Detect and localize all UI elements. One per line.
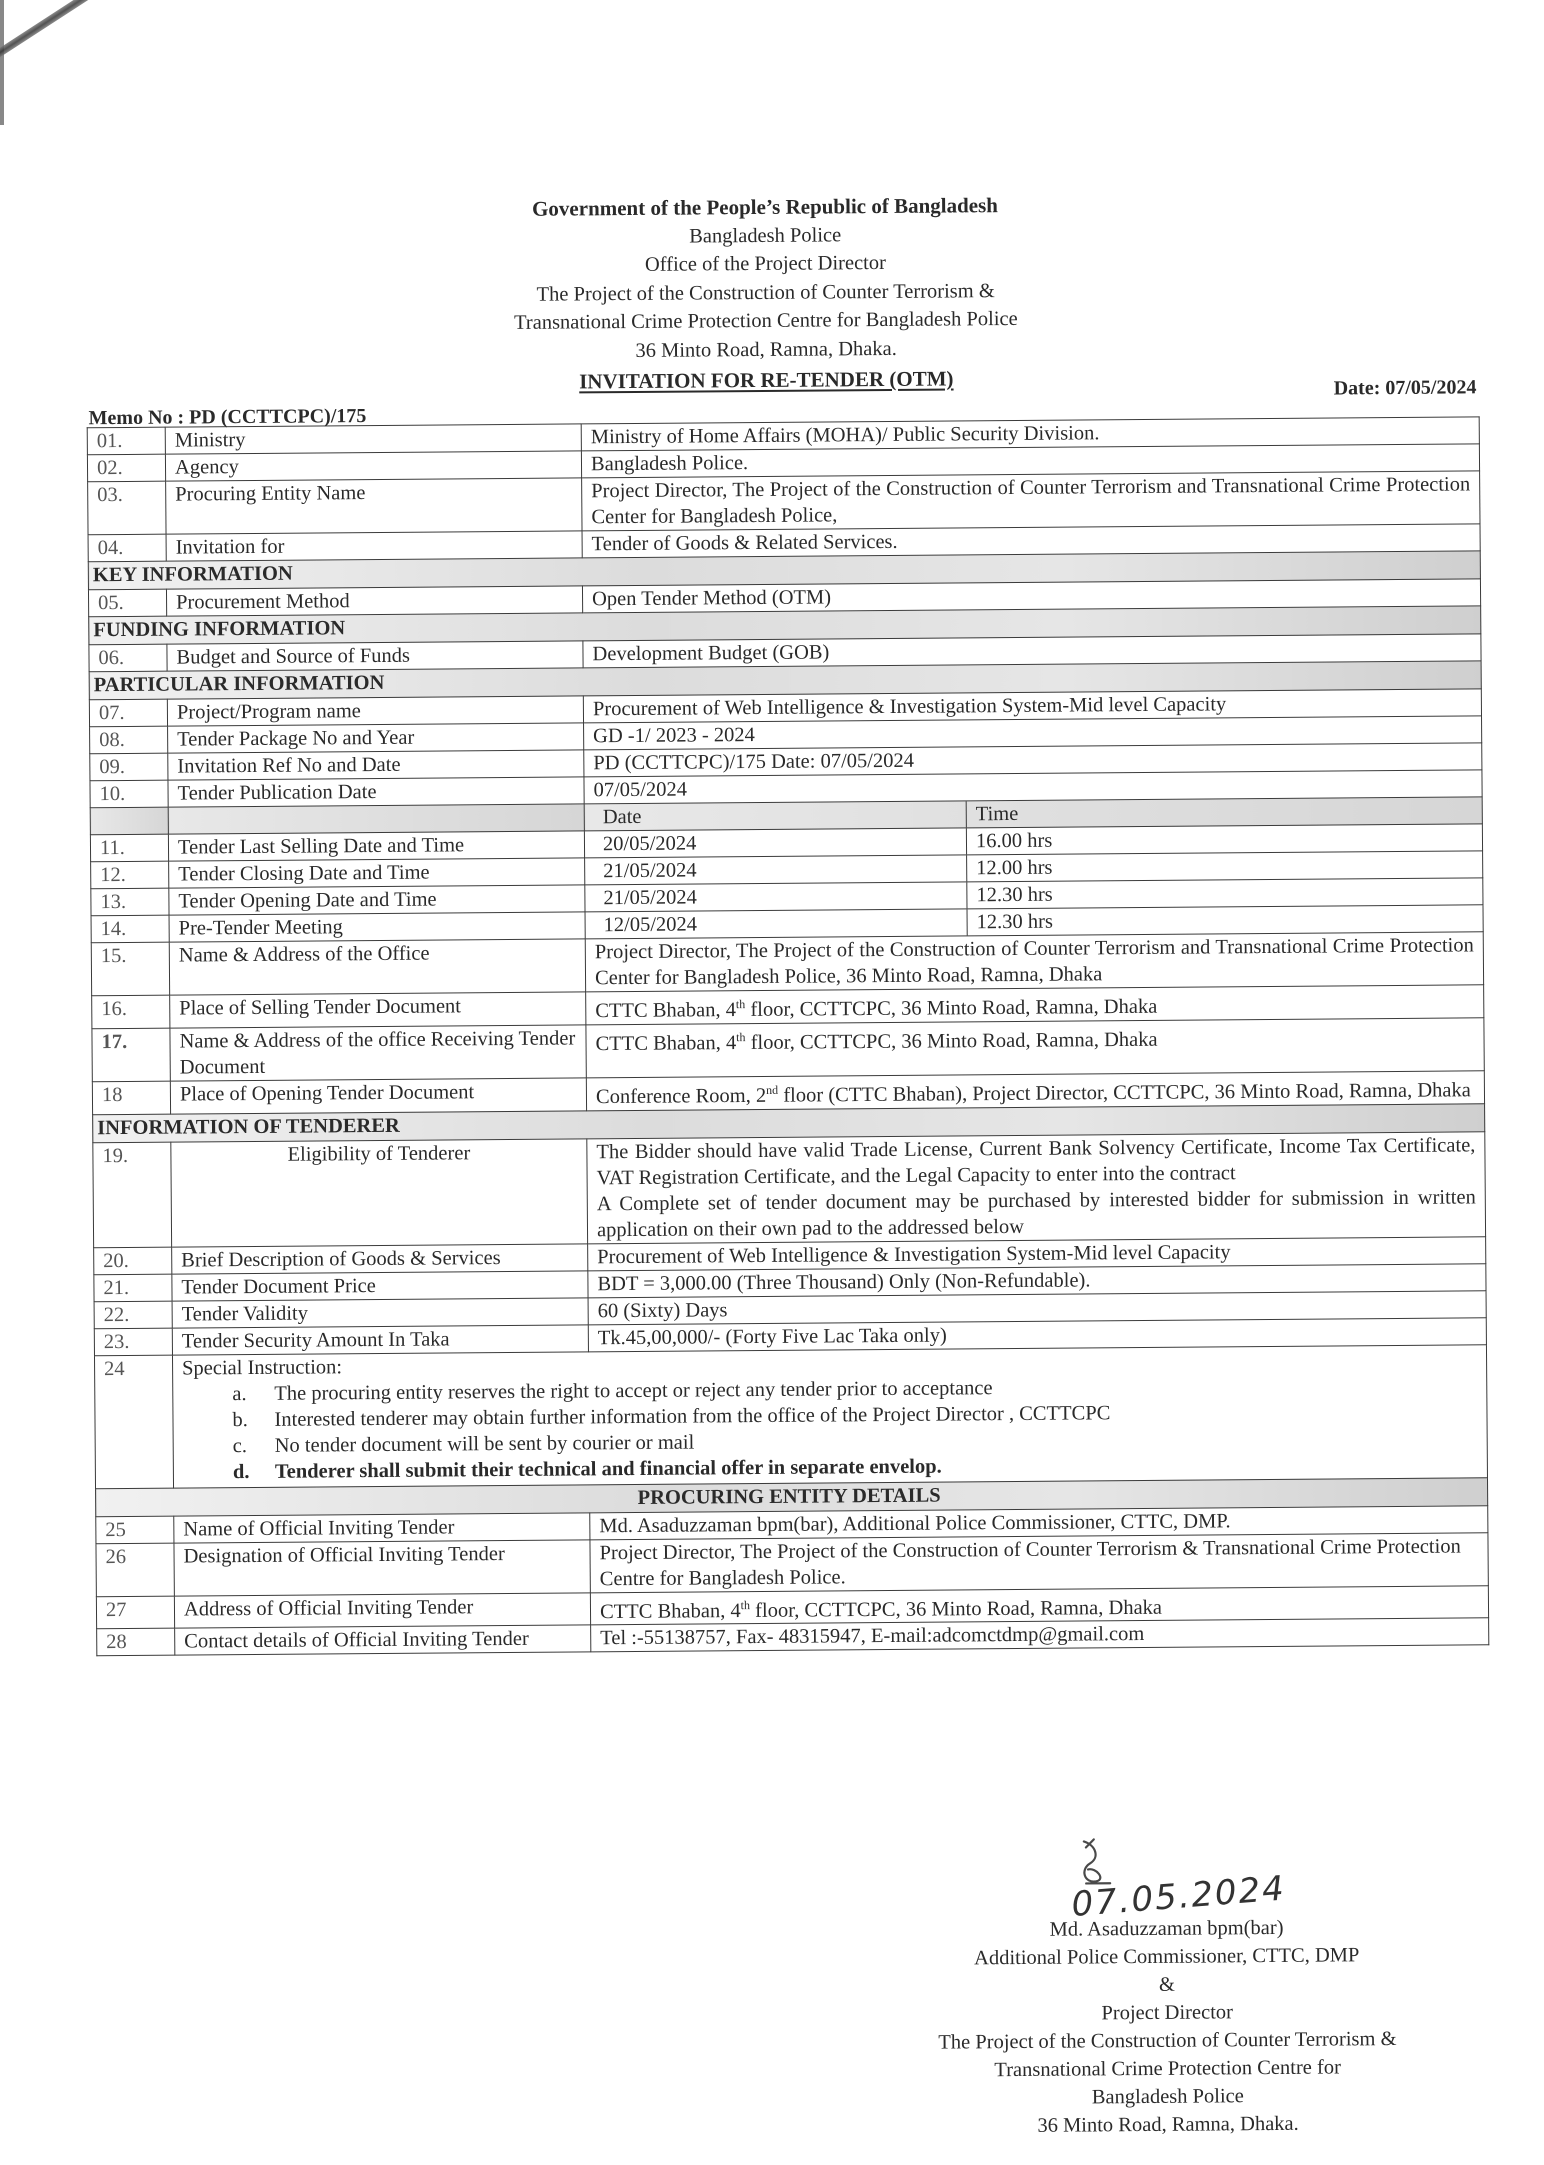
special-instructions-list: a.The procuring entity reserves the righ… bbox=[182, 1371, 1478, 1487]
list-item-text: Tenderer shall submit their technical an… bbox=[275, 1453, 942, 1484]
row-label: Brief Description of Goods & Services bbox=[172, 1244, 588, 1274]
letterhead: Government of the People’s Republic of B… bbox=[0, 187, 1538, 401]
row-label: Budget and Source of Funds bbox=[167, 641, 583, 671]
row-label: Tender Document Price bbox=[172, 1271, 588, 1301]
row-number: 05. bbox=[88, 589, 166, 617]
row-number: 11. bbox=[90, 834, 168, 862]
row-value: Project Director, The Project of the Con… bbox=[585, 932, 1483, 992]
value-text: floor, CCTTCPC, 36 Minto Road, Ramna, Dh… bbox=[750, 1596, 1162, 1621]
signatory-project-line-1: The Project of the Construction of Count… bbox=[857, 2024, 1477, 2057]
row-number: 27 bbox=[96, 1596, 174, 1629]
tender-notice-page: Government of the People’s Republic of B… bbox=[0, 0, 1544, 2165]
row-value: The Bidder should have valid Trade Licen… bbox=[587, 1131, 1486, 1243]
table-row: 19. Eligibility of Tenderer The Bidder s… bbox=[93, 1131, 1486, 1247]
row-number: 20. bbox=[94, 1247, 172, 1275]
row-value: Project Director, The Project of the Con… bbox=[582, 471, 1480, 531]
row-label: Name & Address of the Office bbox=[169, 939, 585, 995]
signature-block: 07.05.2024 Md. Asaduzzaman bpm(bar) Addi… bbox=[856, 1834, 1476, 1839]
row-label: Tender Closing Date and Time bbox=[169, 858, 585, 888]
empty-cell bbox=[168, 804, 584, 834]
row-number: 06. bbox=[89, 644, 167, 672]
row-number: 17. bbox=[92, 1028, 170, 1082]
row-number: 16. bbox=[92, 995, 170, 1028]
date-value: 21/05/2024 bbox=[594, 855, 967, 884]
row-value: Project Director, The Project of the Con… bbox=[590, 1532, 1488, 1592]
row-number: 26 bbox=[96, 1543, 174, 1597]
value-text: floor, CCTTCPC, 36 Minto Road, Ramna, Dh… bbox=[745, 1029, 1157, 1054]
table-row: 24 Special Instruction: a.The procuring … bbox=[94, 1344, 1487, 1488]
row-number: 21. bbox=[94, 1274, 172, 1302]
row-number: 09. bbox=[90, 753, 168, 781]
ordinal-suffix: th bbox=[741, 1598, 750, 1612]
row-label: Designation of Official Inviting Tender bbox=[174, 1540, 590, 1596]
row-label: Pre-Tender Meeting bbox=[169, 912, 585, 942]
row-number: 19. bbox=[93, 1142, 172, 1248]
value-text: floor, CCTTCPC, 36 Minto Road, Ramna, Dh… bbox=[745, 996, 1157, 1021]
row-number: 10. bbox=[90, 780, 168, 808]
ordinal-suffix: th bbox=[736, 1030, 745, 1044]
document-date: Date: 07/05/2024 bbox=[1334, 376, 1477, 400]
row-label: Procurement Method bbox=[166, 586, 582, 616]
row-label: Tender Last Selling Date and Time bbox=[168, 831, 584, 861]
value-text: floor (CTTC Bhaban), Project Director, C… bbox=[778, 1079, 1471, 1106]
row-number: 08. bbox=[90, 726, 168, 754]
date-value: 12/05/2024 bbox=[595, 909, 968, 938]
list-marker: d. bbox=[233, 1458, 275, 1484]
row-label: Tender Opening Date and Time bbox=[169, 885, 585, 915]
row-label: Ministry bbox=[165, 424, 581, 454]
time-column-header: Time bbox=[967, 797, 1473, 827]
row-number: 02. bbox=[87, 454, 165, 482]
ordinal-suffix: nd bbox=[766, 1083, 778, 1097]
signatory-address: 36 Minto Road, Ramna, Dhaka. bbox=[858, 2108, 1478, 2141]
tender-details-table: 01. Ministry Ministry of Home Affairs (M… bbox=[87, 416, 1490, 1656]
row-number: 04. bbox=[88, 534, 166, 562]
value-text: CTTC Bhaban, 4 bbox=[595, 1032, 736, 1055]
row-number: 24 bbox=[94, 1355, 173, 1489]
empty-cell bbox=[90, 807, 168, 835]
row-label: Name & Address of the office Receiving T… bbox=[170, 1025, 586, 1081]
row-value: CTTC Bhaban, 4th floor, CCTTCPC, 36 Mint… bbox=[586, 1018, 1484, 1078]
row-label: Place of Opening Tender Document bbox=[170, 1078, 586, 1114]
special-instructions: Special Instruction: a.The procuring ent… bbox=[172, 1344, 1487, 1487]
row-label: Name of Official Inviting Tender bbox=[174, 1513, 590, 1543]
row-label: Tender Validity bbox=[172, 1298, 588, 1328]
row-number: 14. bbox=[91, 915, 169, 943]
row-label: Tender Security Amount In Taka bbox=[172, 1325, 588, 1355]
value-text: CTTC Bhaban, 4 bbox=[595, 999, 736, 1022]
row-label: Place of Selling Tender Document bbox=[170, 992, 586, 1028]
row-number: 23. bbox=[94, 1328, 172, 1356]
row-number: 07. bbox=[89, 699, 167, 727]
ordinal-suffix: th bbox=[736, 997, 745, 1011]
list-item-text: No tender document will be sent by couri… bbox=[275, 1429, 695, 1458]
row-number: 28 bbox=[97, 1629, 175, 1657]
row-label: Invitation Ref No and Date bbox=[168, 750, 584, 780]
row-label: Invitation for bbox=[166, 531, 582, 561]
eligibility-requirements: The Bidder should have valid Trade Licen… bbox=[596, 1132, 1475, 1191]
time-value: 12.00 hrs bbox=[967, 851, 1473, 881]
row-number: 22. bbox=[94, 1301, 172, 1329]
row-label: Contact details of Official Inviting Ten… bbox=[175, 1625, 591, 1655]
row-number: 15. bbox=[91, 942, 169, 996]
value-text: Conference Room, 2 bbox=[596, 1085, 766, 1108]
row-number: 25 bbox=[96, 1516, 174, 1544]
row-label: Project/Program name bbox=[167, 696, 583, 726]
row-label: Address of Official Inviting Tender bbox=[174, 1593, 590, 1629]
date-value: 20/05/2024 bbox=[594, 828, 967, 857]
row-number: 13. bbox=[91, 888, 169, 916]
row-label: Procuring Entity Name bbox=[166, 478, 582, 534]
row-label: Eligibility of Tenderer bbox=[171, 1139, 588, 1247]
row-number: 12. bbox=[91, 861, 169, 889]
row-label: Tender Package No and Year bbox=[168, 723, 584, 753]
row-number: 01. bbox=[87, 427, 165, 455]
row-number: 03. bbox=[88, 481, 166, 535]
value-text: CTTC Bhaban, 4 bbox=[600, 1600, 741, 1623]
list-marker: b. bbox=[232, 1406, 274, 1432]
date-value: 21/05/2024 bbox=[594, 882, 967, 911]
row-label: Tender Publication Date bbox=[168, 777, 584, 807]
list-marker: c. bbox=[233, 1432, 275, 1458]
tender-document-purchase-note: A Complete set of tender document may be… bbox=[597, 1184, 1476, 1243]
list-marker: a. bbox=[232, 1380, 274, 1406]
time-value: 16.00 hrs bbox=[967, 824, 1473, 854]
row-number: 18 bbox=[92, 1081, 170, 1114]
date-column-header: Date bbox=[594, 801, 967, 830]
time-value: 12.30 hrs bbox=[968, 905, 1474, 935]
row-label: Agency bbox=[165, 451, 581, 481]
time-value: 12.30 hrs bbox=[967, 878, 1473, 908]
